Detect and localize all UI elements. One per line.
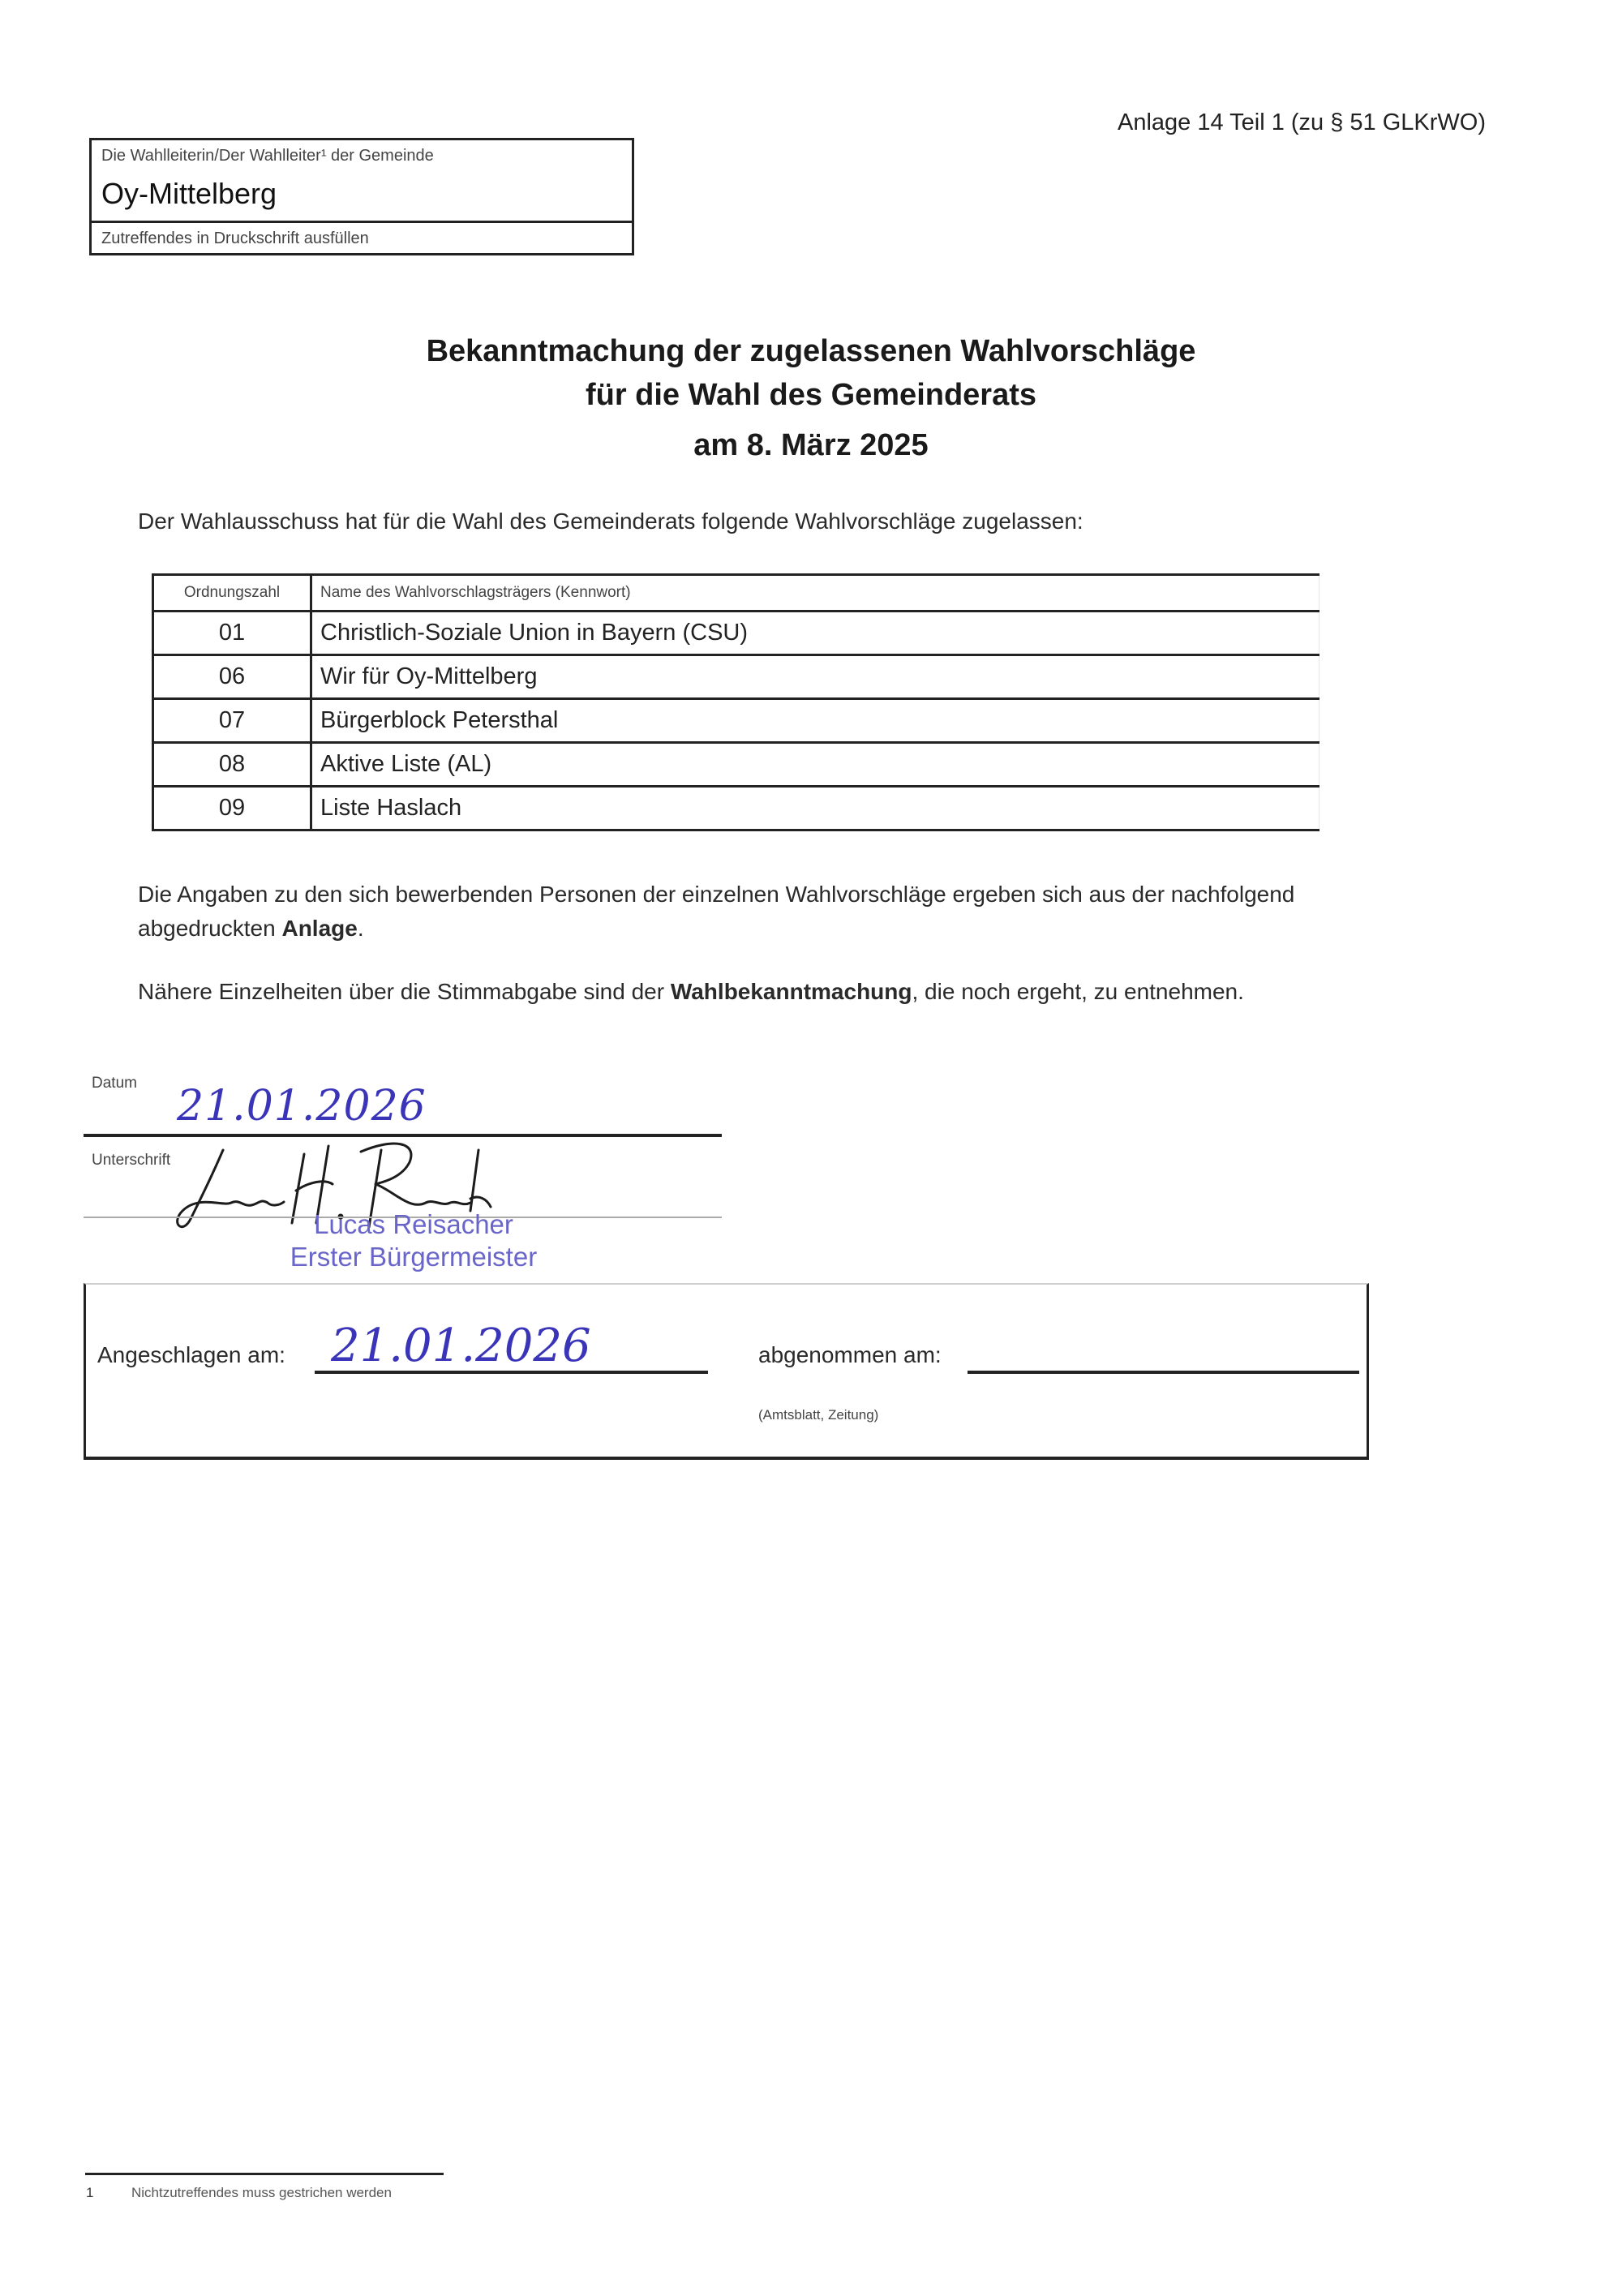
nominations-table: Ordnungszahl Name des Wahlvorschlagsträg… — [152, 573, 1319, 831]
candidates-note: Die Angaben zu den sich bewerbenden Pers… — [138, 878, 1403, 946]
table-row: 01 Christlich-Soziale Union in Bayern (C… — [153, 612, 1319, 655]
removed-on-field — [968, 1371, 1359, 1374]
voting-details-prefix: Nähere Einzelheiten über die Stimmabgabe… — [138, 979, 671, 1004]
posted-on-date: 21.01.2026 — [331, 1320, 591, 1372]
column-header-name: Name des Wahlvorschlagsträgers (Kennwort… — [311, 575, 1319, 612]
election-date: am 8. März 2025 — [0, 428, 1622, 463]
annex-link-text: Anlage — [281, 916, 357, 941]
posted-on-line — [315, 1371, 708, 1374]
row-name: Liste Haslach — [311, 787, 1319, 830]
row-number: 07 — [153, 699, 311, 743]
election-officer-caption: Die Wahlleiterin/Der Wahlleiter¹ der Gem… — [101, 147, 434, 165]
row-name: Christlich-Soziale Union in Bayern (CSU) — [311, 612, 1319, 655]
fill-in-hint: Zutreffendes in Druckschrift ausfüllen — [101, 230, 369, 248]
removed-on-label: abgenommen am: — [758, 1342, 942, 1368]
stamp-name: Lucas Reisacher — [243, 1208, 584, 1241]
table-row: 08 Aktive Liste (AL) — [153, 743, 1319, 787]
table-row: 06 Wir für Oy-Mittelberg — [153, 655, 1319, 699]
annex-reference: Anlage 14 Teil 1 (zu § 51 GLKrWO) — [1118, 109, 1486, 136]
row-name: Bürgerblock Petersthal — [311, 699, 1319, 743]
row-name: Aktive Liste (AL) — [311, 743, 1319, 787]
municipality-name: Oy-Mittelberg — [101, 177, 277, 211]
footnote-text: Nichtzutreffendes muss gestrichen werden — [131, 2185, 392, 2201]
signature-label: Unterschrift — [92, 1152, 170, 1169]
candidates-note-suffix: . — [358, 916, 364, 941]
removed-on-hint: (Amtsblatt, Zeitung) — [758, 1407, 878, 1423]
posted-on-label: Angeschlagen am: — [97, 1342, 285, 1368]
intro-text: Der Wahlausschuss hat für die Wahl des G… — [138, 504, 1083, 539]
row-number: 01 — [153, 612, 311, 655]
date-label: Datum — [92, 1075, 137, 1092]
row-number: 09 — [153, 787, 311, 830]
election-officer-box: Die Wahlleiterin/Der Wahlleiter¹ der Gem… — [89, 138, 634, 255]
page-subtitle: für die Wahl des Gemeinderats — [0, 378, 1622, 413]
footnote-divider — [85, 2173, 444, 2175]
page-title: Bekanntmachung der zugelassenen Wahlvors… — [0, 334, 1622, 369]
voting-details-note: Nähere Einzelheiten über die Stimmabgabe… — [138, 975, 1403, 1009]
row-name: Wir für Oy-Mittelberg — [311, 655, 1319, 699]
table-row: 07 Bürgerblock Petersthal — [153, 699, 1319, 743]
row-number: 08 — [153, 743, 311, 787]
voting-details-suffix: , die noch ergeht, zu entnehmen. — [912, 979, 1244, 1004]
box-divider — [92, 221, 632, 223]
footnote-number: 1 — [86, 2185, 93, 2201]
table-row: 09 Liste Haslach — [153, 787, 1319, 830]
stamp-title: Erster Bürgermeister — [243, 1241, 584, 1273]
official-stamp: Lucas Reisacher Erster Bürgermeister — [243, 1208, 584, 1273]
election-notice-text: Wahlbekanntmachung — [671, 979, 912, 1004]
table-header-row: Ordnungszahl Name des Wahlvorschlagsträg… — [153, 575, 1319, 612]
row-number: 06 — [153, 655, 311, 699]
handwritten-date: 21.01.2026 — [177, 1082, 427, 1131]
column-header-number: Ordnungszahl — [153, 575, 311, 612]
